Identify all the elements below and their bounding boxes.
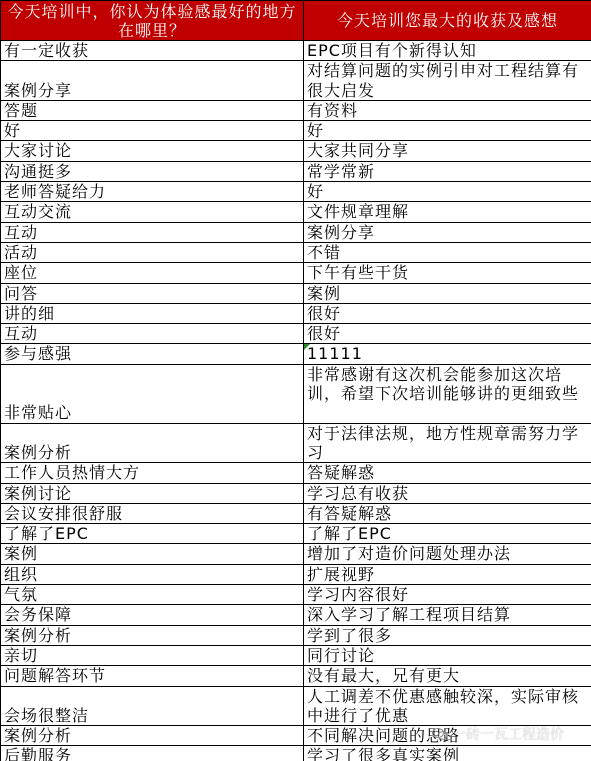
table-row: 案例分析不同解决问题的思路 (1, 726, 591, 746)
cell-best-experience: 会议安排很舒服 (1, 503, 304, 523)
cell-best-experience: 互动 (1, 324, 304, 344)
table-row: 了解了EPC了解了EPC (1, 524, 591, 544)
cell-takeaway-text: 学到了很多 (307, 626, 392, 645)
cell-takeaway: 对结算问题的实例引申对工程结算有很大启发 (304, 61, 591, 101)
table-row: 案例增加了对造价问题处理办法 (1, 544, 591, 564)
cell-takeaway: 学习内容很好 (304, 585, 591, 605)
cell-best-experience: 案例讨论 (1, 483, 304, 503)
cell-best-experience: 案例分析 (1, 625, 304, 645)
table-row: 组织扩展视野 (1, 564, 591, 584)
cell-takeaway-text: 人工调差不优惠感触较深，实际审核中进行了优惠 (307, 687, 579, 725)
table-row: 后勤服务学习了很多真实案例 (1, 746, 591, 761)
cell-best-experience: 沟通挺多 (1, 161, 304, 181)
table-row: 大家讨论大家共同分享 (1, 141, 591, 161)
cell-takeaway: 常学常新 (304, 161, 591, 181)
cell-takeaway-text: EPC项目有个新得认知 (307, 41, 477, 60)
cell-takeaway-text: 大家共同分享 (307, 141, 409, 160)
cell-takeaway: EPC项目有个新得认知 (304, 41, 591, 61)
cell-takeaway-text: 学习了很多真实案例 (307, 746, 460, 761)
table-row: 互动交流文件规章理解 (1, 202, 591, 222)
cell-takeaway-text: 案例 (307, 284, 341, 303)
table-row: 讲的细很好 (1, 303, 591, 323)
table-row: 好好 (1, 121, 591, 141)
cell-takeaway: 有答疑解惑 (304, 503, 591, 523)
table-row: 案例讨论学习总有收获 (1, 483, 591, 503)
table-row: 气氛学习内容很好 (1, 585, 591, 605)
survey-table: 今天培训中，你认为体验感最好的地方在哪里？ 今天培训您最大的收获及感想 有一定收… (0, 0, 591, 761)
cell-takeaway-text: 增加了对造价问题处理办法 (307, 544, 511, 563)
cell-takeaway: 很好 (304, 303, 591, 323)
cell-takeaway: 案例分享 (304, 222, 591, 242)
cell-best-experience: 会务保障 (1, 605, 304, 625)
cell-best-experience: 答题 (1, 100, 304, 120)
cell-best-experience: 亲切 (1, 645, 304, 665)
cell-best-experience: 组织 (1, 564, 304, 584)
cell-best-experience: 互动 (1, 222, 304, 242)
cell-takeaway-text: 11111 (307, 344, 363, 363)
header-row: 今天培训中，你认为体验感最好的地方在哪里？ 今天培训您最大的收获及感想 (1, 1, 591, 41)
table-row: 非常贴心非常感谢有这次机会能参加这次培训，希望下次培训能够讲的更细致些 (1, 364, 591, 423)
cell-takeaway-text: 学习总有收获 (307, 484, 409, 503)
cell-takeaway-text: 不错 (307, 243, 341, 262)
table-row: 老师答疑给力好 (1, 182, 591, 202)
cell-takeaway: 答疑解惑 (304, 463, 591, 483)
cell-takeaway-text: 有答疑解惑 (307, 504, 392, 523)
table-row: 亲切同行讨论 (1, 645, 591, 665)
cell-takeaway: 案例 (304, 283, 591, 303)
cell-takeaway: 下午有些干货 (304, 263, 591, 283)
table-row: 工作人员热情大方答疑解惑 (1, 463, 591, 483)
cell-best-experience: 案例分析 (1, 423, 304, 463)
cell-takeaway-text: 了解了EPC (307, 524, 392, 543)
table-row: 会议安排很舒服有答疑解惑 (1, 503, 591, 523)
cell-best-experience: 大家讨论 (1, 141, 304, 161)
cell-takeaway-text: 文件规章理解 (307, 202, 409, 221)
table-row: 有一定收获EPC项目有个新得认知 (1, 41, 591, 61)
column-header-takeaways: 今天培训您最大的收获及感想 (304, 1, 591, 41)
cell-best-experience: 会场很整洁 (1, 686, 304, 726)
cell-takeaway-text: 不同解决问题的思路 (307, 726, 460, 745)
table-row: 案例分享对结算问题的实例引申对工程结算有很大启发 (1, 61, 591, 101)
cell-takeaway-text: 常学常新 (307, 162, 375, 181)
cell-best-experience: 活动 (1, 242, 304, 262)
cell-best-experience: 案例分享 (1, 61, 304, 101)
cell-takeaway: 人工调差不优惠感触较深，实际审核中进行了优惠 (304, 686, 591, 726)
table-row: 互动很好 (1, 324, 591, 344)
cell-takeaway-text: 没有最大，兄有更大 (307, 666, 460, 685)
cell-best-experience: 后勤服务 (1, 746, 304, 761)
cell-best-experience: 好 (1, 121, 304, 141)
cell-takeaway: 非常感谢有这次机会能参加这次培训，希望下次培训能够讲的更细致些 (304, 364, 591, 423)
cell-takeaway: 同行讨论 (304, 645, 591, 665)
table-row: 问题解答环节没有最大，兄有更大 (1, 666, 591, 686)
cell-takeaway: 不错 (304, 242, 591, 262)
cell-takeaway: 有资料 (304, 100, 591, 120)
table-row: 案例分析学到了很多 (1, 625, 591, 645)
table-row: 沟通挺多常学常新 (1, 161, 591, 181)
cell-takeaway-text: 有资料 (307, 101, 358, 120)
cell-takeaway: 11111 (304, 344, 591, 364)
table-row: 会场很整洁人工调差不优惠感触较深，实际审核中进行了优惠 (1, 686, 591, 726)
cell-best-experience: 老师答疑给力 (1, 182, 304, 202)
cell-best-experience: 问答 (1, 283, 304, 303)
column-header-best-experience: 今天培训中，你认为体验感最好的地方在哪里？ (1, 1, 304, 41)
table-row: 活动不错 (1, 242, 591, 262)
cell-takeaway-text: 深入学习了解工程项目结算 (307, 605, 511, 624)
cell-best-experience: 非常贴心 (1, 364, 304, 423)
cell-best-experience: 讲的细 (1, 303, 304, 323)
cell-takeaway: 不同解决问题的思路 (304, 726, 591, 746)
cell-takeaway: 好 (304, 121, 591, 141)
cell-best-experience: 有一定收获 (1, 41, 304, 61)
cell-takeaway-text: 对于法律法规，地方性规章需努力学习 (307, 424, 579, 462)
cell-takeaway-text: 好 (307, 182, 324, 201)
cell-best-experience: 座位 (1, 263, 304, 283)
cell-best-experience: 气氛 (1, 585, 304, 605)
cell-best-experience: 工作人员热情大方 (1, 463, 304, 483)
cell-takeaway-text: 对结算问题的实例引申对工程结算有很大启发 (307, 61, 579, 99)
cell-takeaway: 了解了EPC (304, 524, 591, 544)
cell-takeaway: 好 (304, 182, 591, 202)
cell-note-indicator-icon (304, 344, 310, 350)
cell-takeaway-text: 下午有些干货 (307, 263, 409, 282)
cell-takeaway: 大家共同分享 (304, 141, 591, 161)
cell-takeaway-text: 扩展视野 (307, 565, 375, 584)
table-row: 答题有资料 (1, 100, 591, 120)
cell-takeaway: 增加了对造价问题处理办法 (304, 544, 591, 564)
cell-takeaway-text: 同行讨论 (307, 646, 375, 665)
table-body: 有一定收获EPC项目有个新得认知案例分享对结算问题的实例引申对工程结算有很大启发… (1, 41, 591, 761)
cell-takeaway: 扩展视野 (304, 564, 591, 584)
cell-best-experience: 参与感强 (1, 344, 304, 364)
cell-takeaway-text: 答疑解惑 (307, 463, 375, 482)
cell-best-experience: 了解了EPC (1, 524, 304, 544)
cell-takeaway-text: 很好 (307, 304, 341, 323)
cell-takeaway-text: 非常感谢有这次机会能参加这次培训，希望下次培训能够讲的更细致些 (307, 365, 579, 403)
cell-takeaway-text: 学习内容很好 (307, 585, 409, 604)
cell-takeaway-text: 好 (307, 121, 324, 140)
cell-takeaway-text: 案例分享 (307, 223, 375, 242)
table-row: 问答案例 (1, 283, 591, 303)
cell-takeaway-text: 很好 (307, 324, 341, 343)
cell-takeaway: 学习了很多真实案例 (304, 746, 591, 761)
cell-takeaway: 很好 (304, 324, 591, 344)
cell-best-experience: 案例 (1, 544, 304, 564)
table-row: 案例分析对于法律法规，地方性规章需努力学习 (1, 423, 591, 463)
cell-takeaway: 学到了很多 (304, 625, 591, 645)
cell-best-experience: 互动交流 (1, 202, 304, 222)
table-row: 座位下午有些干货 (1, 263, 591, 283)
cell-takeaway: 对于法律法规，地方性规章需努力学习 (304, 423, 591, 463)
cell-takeaway: 没有最大，兄有更大 (304, 666, 591, 686)
cell-takeaway: 学习总有收获 (304, 483, 591, 503)
table-row: 参与感强11111 (1, 344, 591, 364)
cell-best-experience: 案例分析 (1, 726, 304, 746)
table-row: 互动案例分享 (1, 222, 591, 242)
cell-takeaway: 文件规章理解 (304, 202, 591, 222)
cell-best-experience: 问题解答环节 (1, 666, 304, 686)
table-row: 会务保障深入学习了解工程项目结算 (1, 605, 591, 625)
cell-takeaway: 深入学习了解工程项目结算 (304, 605, 591, 625)
